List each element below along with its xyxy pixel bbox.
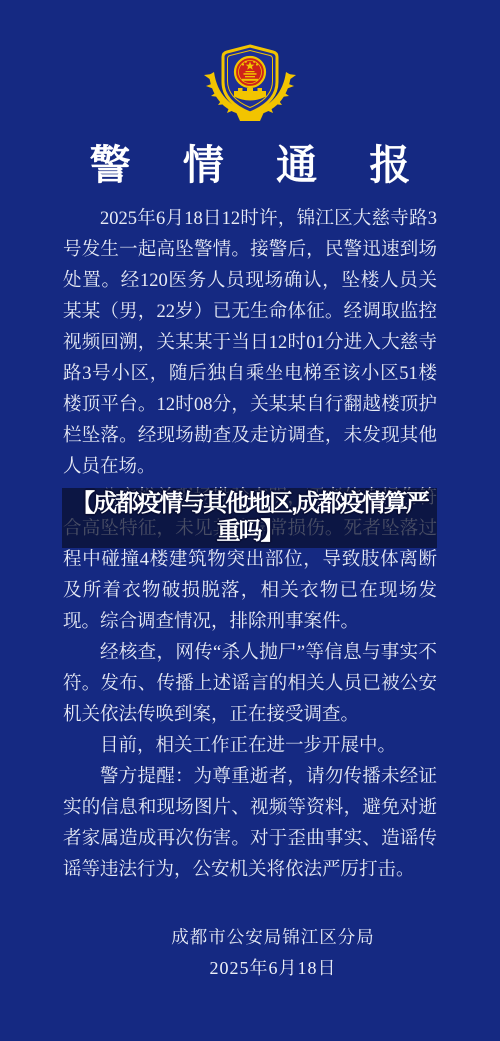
caption-overlay-band: 【成都疫情与其他地区,成都疫情算严重吗】: [62, 488, 437, 548]
notice-paragraph-1: 2025年6月18日12时许，锦江区大慈寺路3号发生一起高坠警情。接警后，民警迅…: [63, 204, 437, 483]
notice-paragraph-5: 警方提醒：为尊重逝者，请勿传播未经证实的信息和现场图片、视频等资料，避免对逝者家…: [63, 762, 437, 886]
police-notice-page: 警 情 通 报 2025年6月18日12时许，锦江区大慈寺路3号发生一起高坠警情…: [0, 0, 500, 1041]
issue-date: 2025年6月18日: [46, 957, 500, 979]
notice-paragraph-4: 目前，相关工作正在进一步开展中。: [63, 731, 437, 762]
caption-overlay-text: 【成都疫情与其他地区,成都疫情算严重吗】: [66, 490, 433, 546]
issuing-organization: 成都市公安局锦江区分局: [46, 926, 500, 948]
police-badge-icon: [200, 42, 300, 126]
notice-footer: 成都市公安局锦江区分局 2025年6月18日: [46, 926, 500, 979]
notice-paragraph-3: 经核查，网传“杀人抛尸”等信息与事实不符。发布、传播上述谣言的相关人员已被公安机…: [63, 638, 437, 731]
notice-title: 警 情 通 报: [0, 140, 500, 190]
